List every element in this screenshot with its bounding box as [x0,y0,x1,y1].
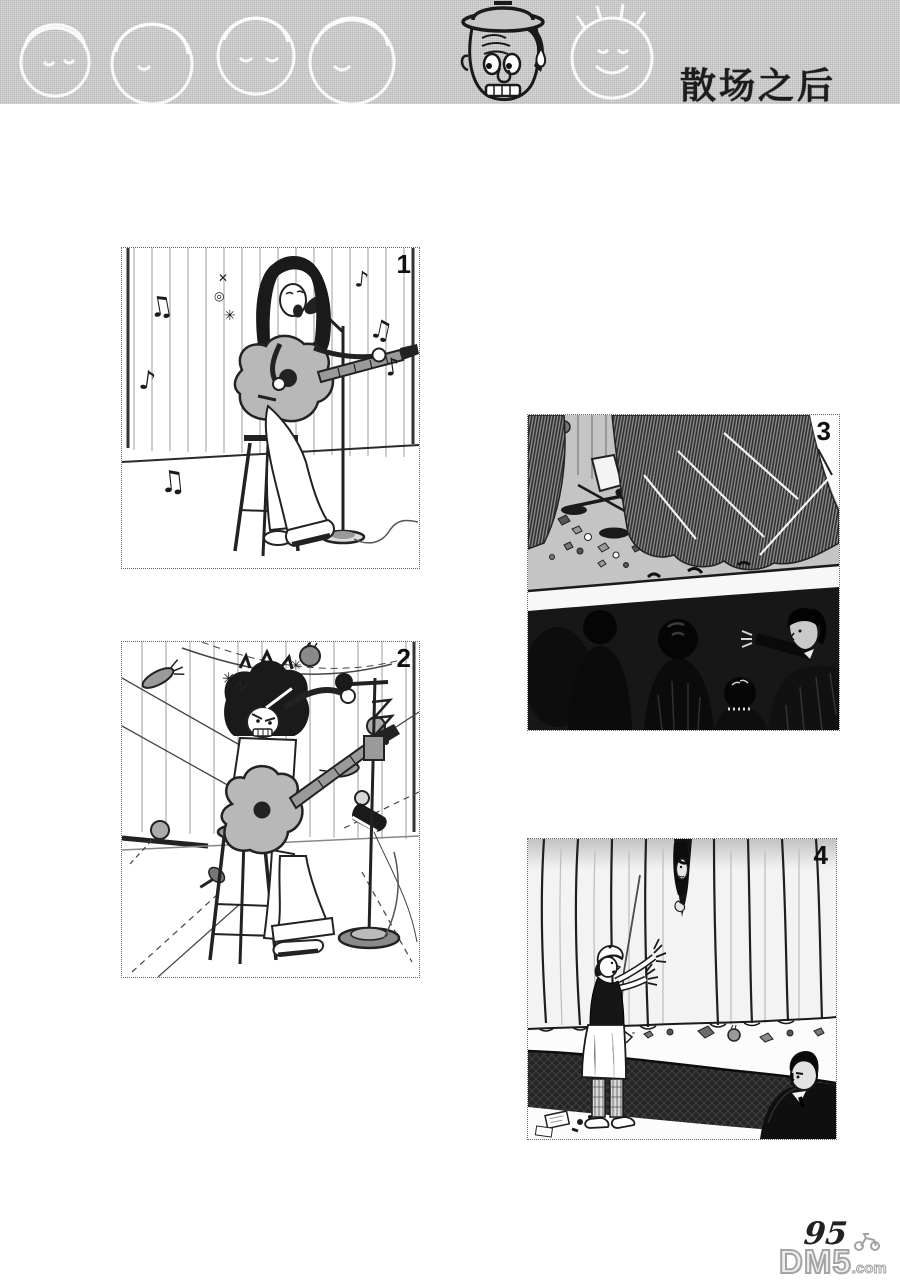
panel-4-cleaner-and-peeking-singer: 4 [527,838,837,1140]
motorcycle-rider-icon [851,1231,885,1251]
panel-2-audience-throwing-objects: ✳ ✳ 2 [121,641,420,978]
panel-3-artwork [528,415,839,730]
svg-text:✕: ✕ [218,271,228,285]
svg-text:♪: ♪ [353,267,370,293]
panel-3-curtain-falling-stage-debris: 3 [527,414,840,731]
panel-2-artwork: ✳ ✳ [122,642,419,977]
svg-text:♫: ♫ [145,288,175,325]
panel-1-artwork: ♫ ♪ ♫ ♪ ♫ ♪ ✕ ◎ ✳ [122,248,419,568]
watermark-suffix: .com [852,1260,887,1277]
panel-number: 3 [817,416,831,447]
svg-text:♪: ♪ [137,365,158,397]
faded-audience-faces [21,4,652,104]
page-number: 95 [802,1216,849,1252]
svg-text:✳: ✳ [224,308,236,324]
svg-text:♫: ♫ [367,314,396,348]
svg-text:✳: ✳ [290,658,302,674]
svg-text:♫: ♫ [157,463,187,501]
svg-text:◎: ◎ [214,289,224,303]
svg-text:✳: ✳ [222,669,235,688]
panel-number: 4 [814,840,828,871]
panel-4-artwork [528,839,836,1139]
comic-page: 散场之后 [0,0,900,1284]
worried-man-face [462,3,545,100]
page-title: 散场之后 [680,58,836,109]
panel-1-singer-performing: ♫ ♪ ♫ ♪ ♫ ♪ ✕ ◎ ✳ 1 [121,247,420,569]
page-header: 散场之后 [0,0,900,104]
panel-number: 1 [397,249,411,280]
panel-number: 2 [397,643,411,674]
